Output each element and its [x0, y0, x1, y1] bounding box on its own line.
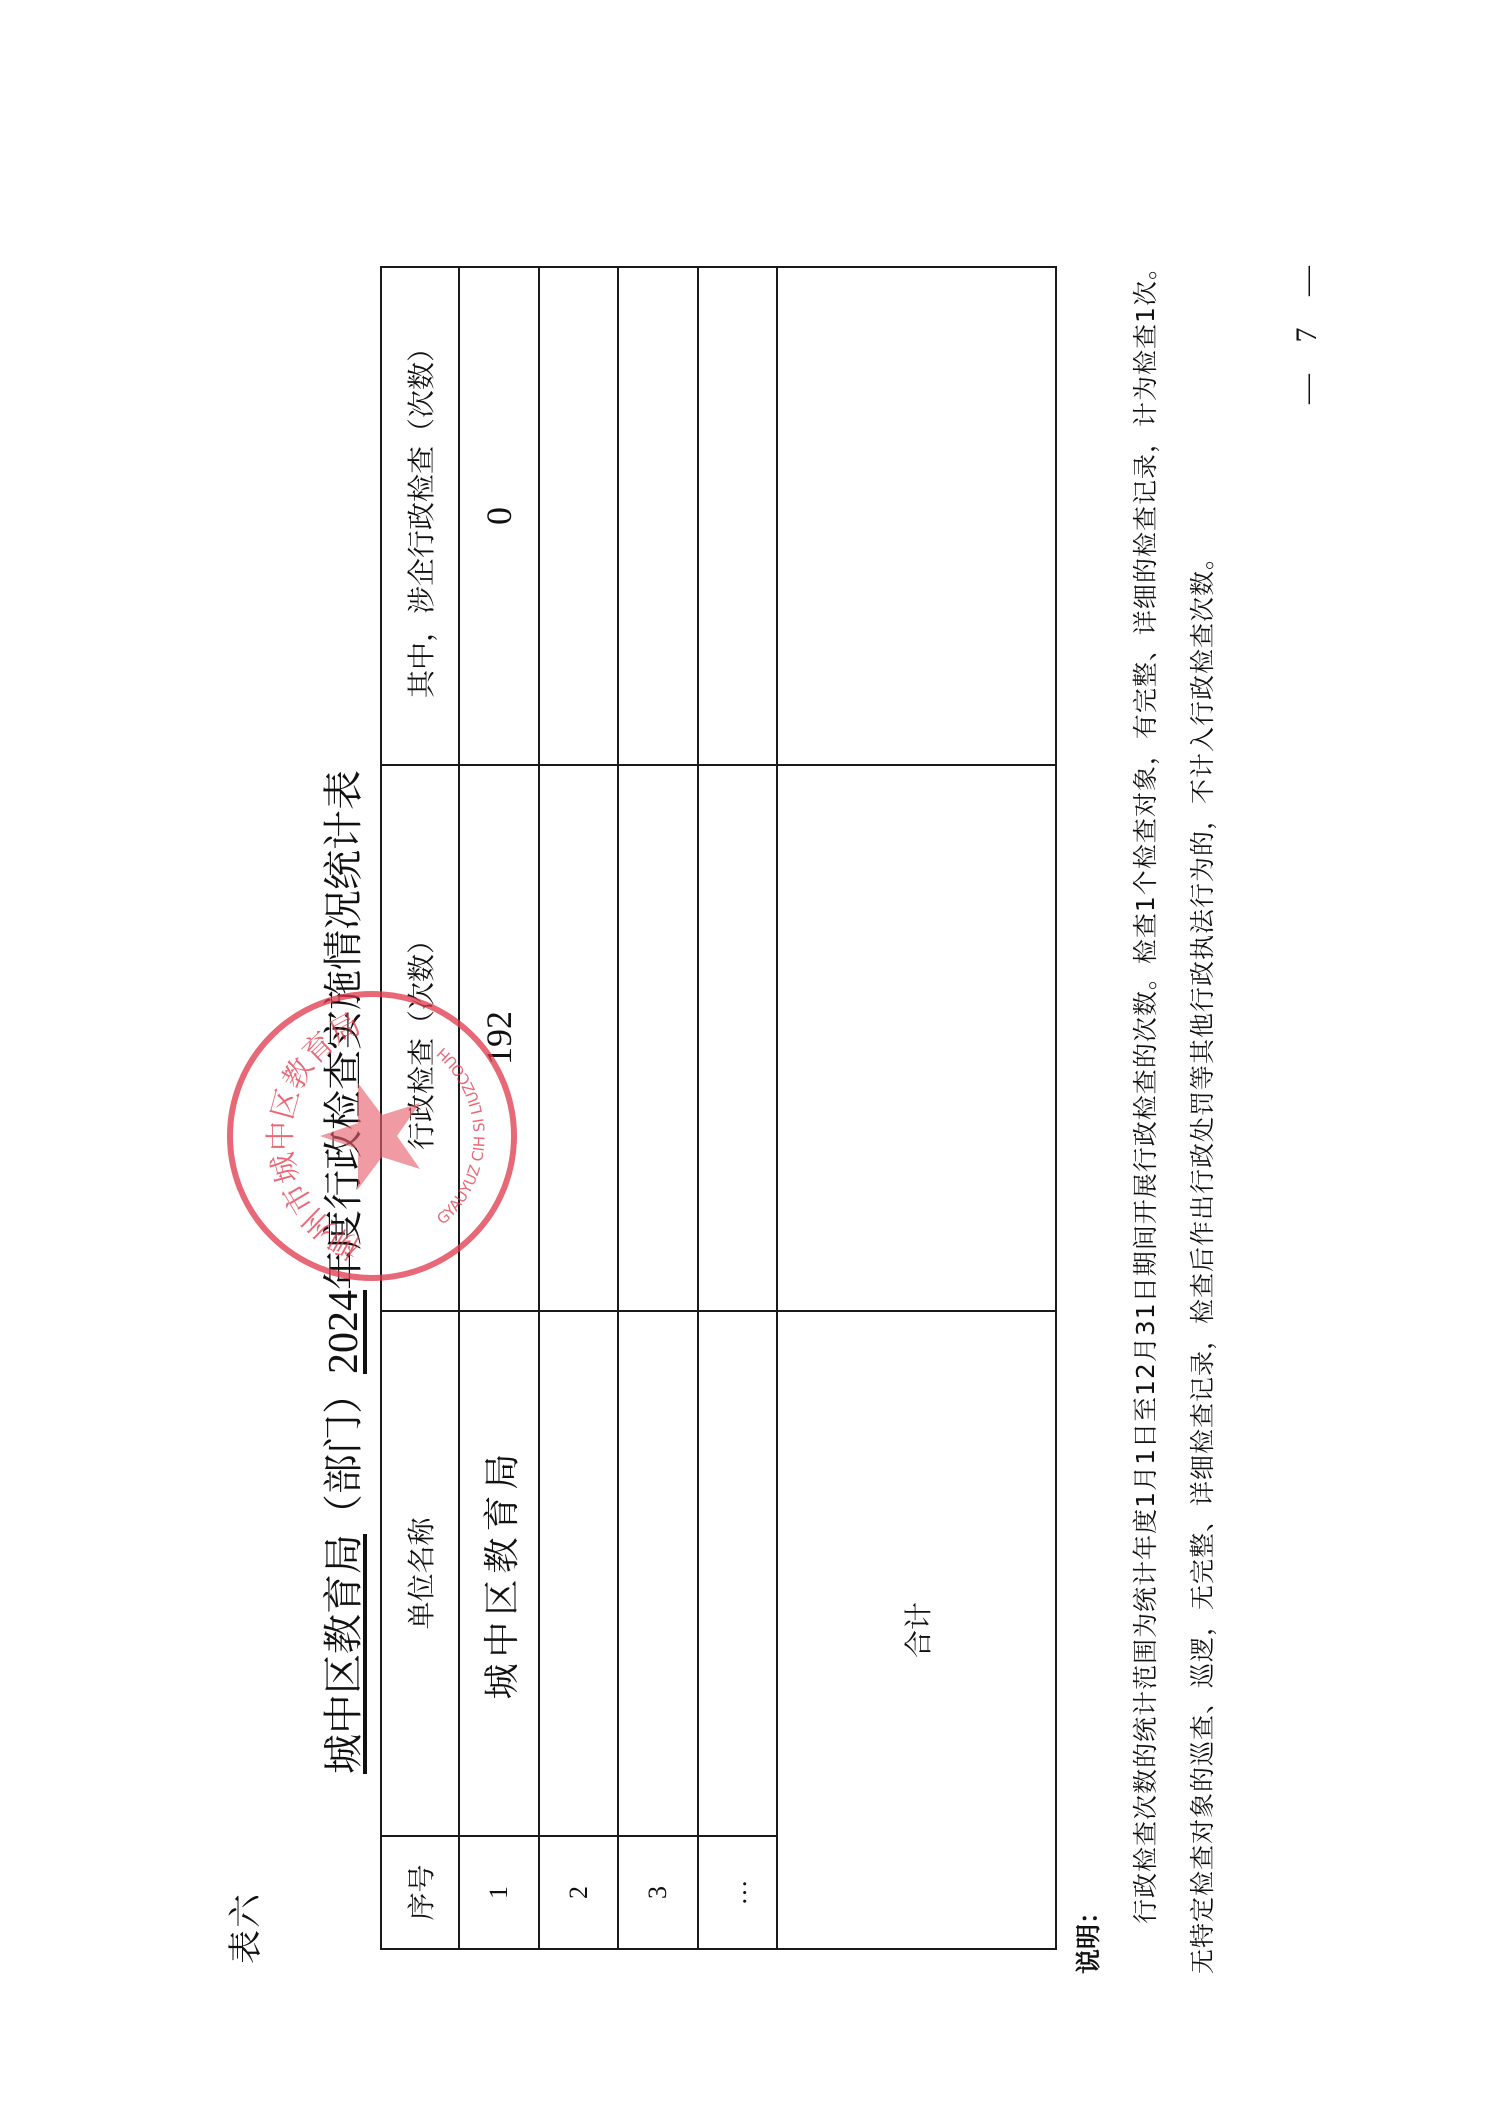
- cell-enterprise-inspections: [539, 267, 618, 765]
- cell-seq: 3: [618, 1836, 698, 1949]
- title-dept-suffix: （部门）: [321, 1374, 367, 1534]
- header-seq: 序号: [381, 1836, 459, 1949]
- table-total-row: 合计: [777, 267, 1056, 1949]
- cell-unit: [618, 1311, 698, 1836]
- total-admin-inspections: [777, 765, 1056, 1311]
- cell-admin-inspections: [539, 765, 618, 1311]
- cell-enterprise-inspections: [618, 267, 698, 765]
- header-unit: 单位名称: [381, 1311, 459, 1836]
- page-number: — 7 —: [1290, 254, 1324, 404]
- title-rest: 年度行政检查实施情况统计表: [321, 770, 367, 1290]
- header-admin-inspections: 行政检查（次数）: [381, 765, 459, 1311]
- table-row: …: [698, 267, 777, 1949]
- table-label: 表六: [218, 1892, 267, 1964]
- table-row: 2: [539, 267, 618, 1949]
- inspection-stats-table: 序号 单位名称 行政检查（次数） 其中，涉企行政检查（次数） 1 城中区教育局 …: [380, 266, 1057, 1950]
- notes-section: 说明： 行政检查次数的统计范围为统计年度1月1日至12月31日期间开展行政检查的…: [1060, 254, 1231, 1974]
- total-label: 合计: [777, 1311, 1056, 1949]
- cell-seq: 1: [459, 1836, 539, 1949]
- document-page: 表六 城中区教育局（部门）2024年度行政检查实施情况统计表 序号 单位名称 行…: [0, 0, 1488, 2104]
- header-enterprise-inspections: 其中，涉企行政检查（次数）: [381, 267, 459, 765]
- cell-seq: …: [698, 1836, 777, 1949]
- title-org: 城中区教育局: [321, 1534, 367, 1774]
- table-row: 1 城中区教育局 192 0: [459, 267, 539, 1949]
- cell-admin-inspections: [698, 765, 777, 1311]
- cell-unit: [698, 1311, 777, 1836]
- table-row: 3: [618, 267, 698, 1949]
- cell-enterprise-inspections: 0: [459, 267, 539, 765]
- cell-unit: 城中区教育局: [459, 1311, 539, 1836]
- cell-enterprise-inspections: [698, 267, 777, 765]
- cell-seq: 2: [539, 1836, 618, 1949]
- table-header-row: 序号 单位名称 行政检查（次数） 其中，涉企行政检查（次数）: [381, 267, 459, 1949]
- notes-body: 行政检查次数的统计范围为统计年度1月1日至12月31日期间开展行政检查的次数。检…: [1117, 254, 1231, 1974]
- notes-heading: 说明：: [1060, 254, 1117, 1974]
- cell-unit: [539, 1311, 618, 1836]
- page-title: 城中区教育局（部门）2024年度行政检查实施情况统计表: [312, 324, 369, 1774]
- total-enterprise-inspections: [777, 267, 1056, 765]
- title-year: 2024: [321, 1290, 367, 1374]
- cell-admin-inspections: 192: [459, 765, 539, 1311]
- cell-admin-inspections: [618, 765, 698, 1311]
